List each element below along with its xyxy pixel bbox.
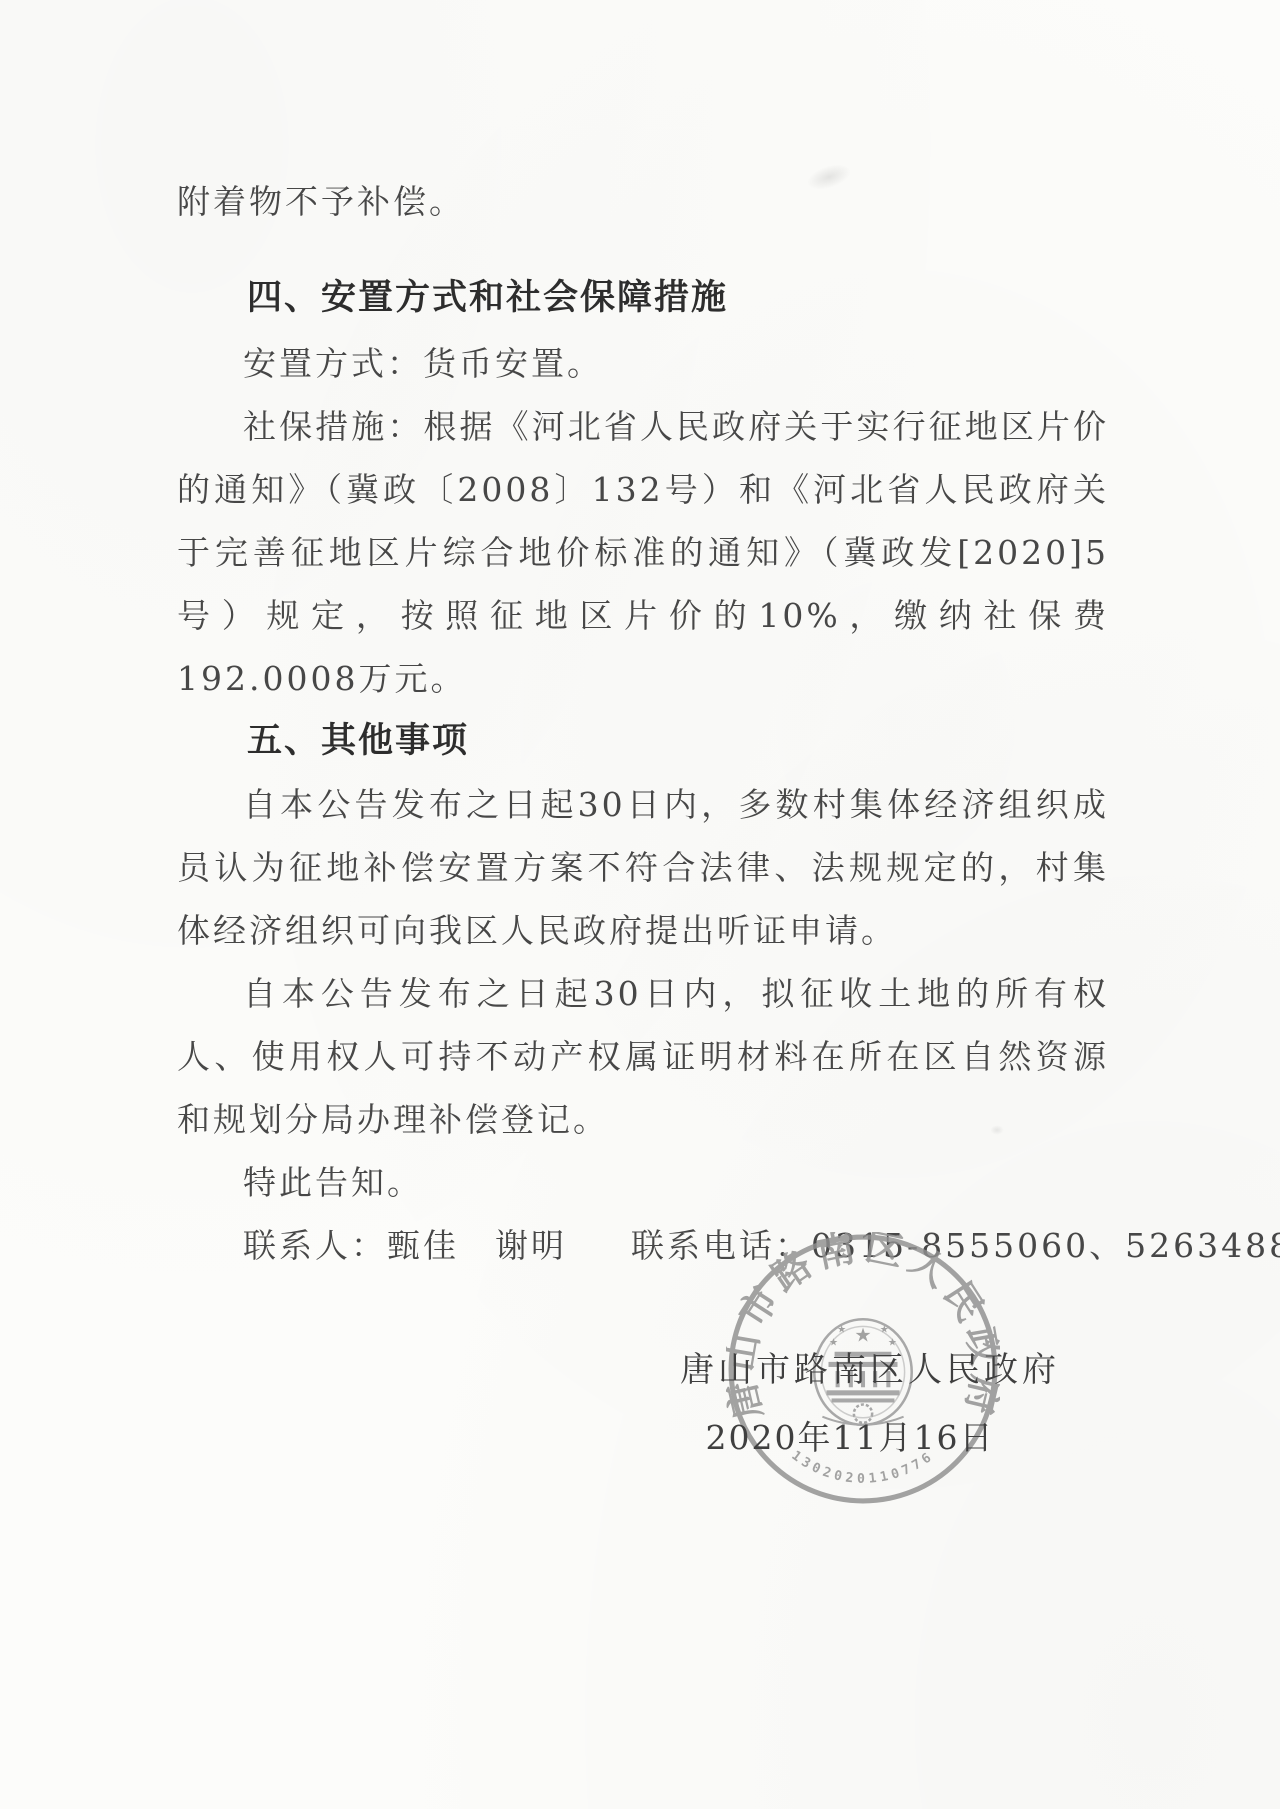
document-body: 附着物不予补偿。 四、安置方式和社会保障措施 安置方式：货币安置。 社保措施：根… xyxy=(177,170,1109,1277)
contact-persons: 联系人：甄佳 谢明 xyxy=(243,1214,567,1277)
compensation-registration-paragraph: 自本公告发布之日起30日内，拟征收土地的所有权人、使用权人可持不动产权属证明材料… xyxy=(177,962,1109,1151)
social-security-paragraph: 社保措施：根据《河北省人民政府关于实行征地区片价的通知》（冀政〔2008〕132… xyxy=(177,395,1109,710)
emblem-star-small: ★ xyxy=(837,1324,846,1335)
scanned-document-page: 附着物不予补偿。 四、安置方式和社会保障措施 安置方式：货币安置。 社保措施：根… xyxy=(0,0,1280,1809)
closing-line: 特此告知。 xyxy=(177,1151,1109,1214)
hearing-request-paragraph: 自本公告发布之日起30日内，多数村集体经济组织成员认为征地补偿安置方案不符合法律… xyxy=(177,773,1109,962)
issuing-authority: 唐山市路南区人民政府 xyxy=(620,1348,1120,1392)
emblem-star-large: ★ xyxy=(854,1324,871,1347)
section-4-heading: 四、安置方式和社会保障措施 xyxy=(177,267,1109,330)
emblem-star-small: ★ xyxy=(829,1338,838,1349)
issue-date: 2020年11月16日 xyxy=(620,1416,1120,1460)
paragraph-continuation: 附着物不予补偿。 xyxy=(177,170,1109,233)
resettlement-method-paragraph: 安置方式：货币安置。 xyxy=(177,332,1109,395)
signature-block: 唐山市路南区人民政府 2020年11月16日 xyxy=(620,1348,1120,1460)
emblem-star-small: ★ xyxy=(880,1324,889,1335)
section-5-heading: 五、其他事项 xyxy=(177,710,1109,773)
emblem-star-small: ★ xyxy=(888,1338,897,1349)
